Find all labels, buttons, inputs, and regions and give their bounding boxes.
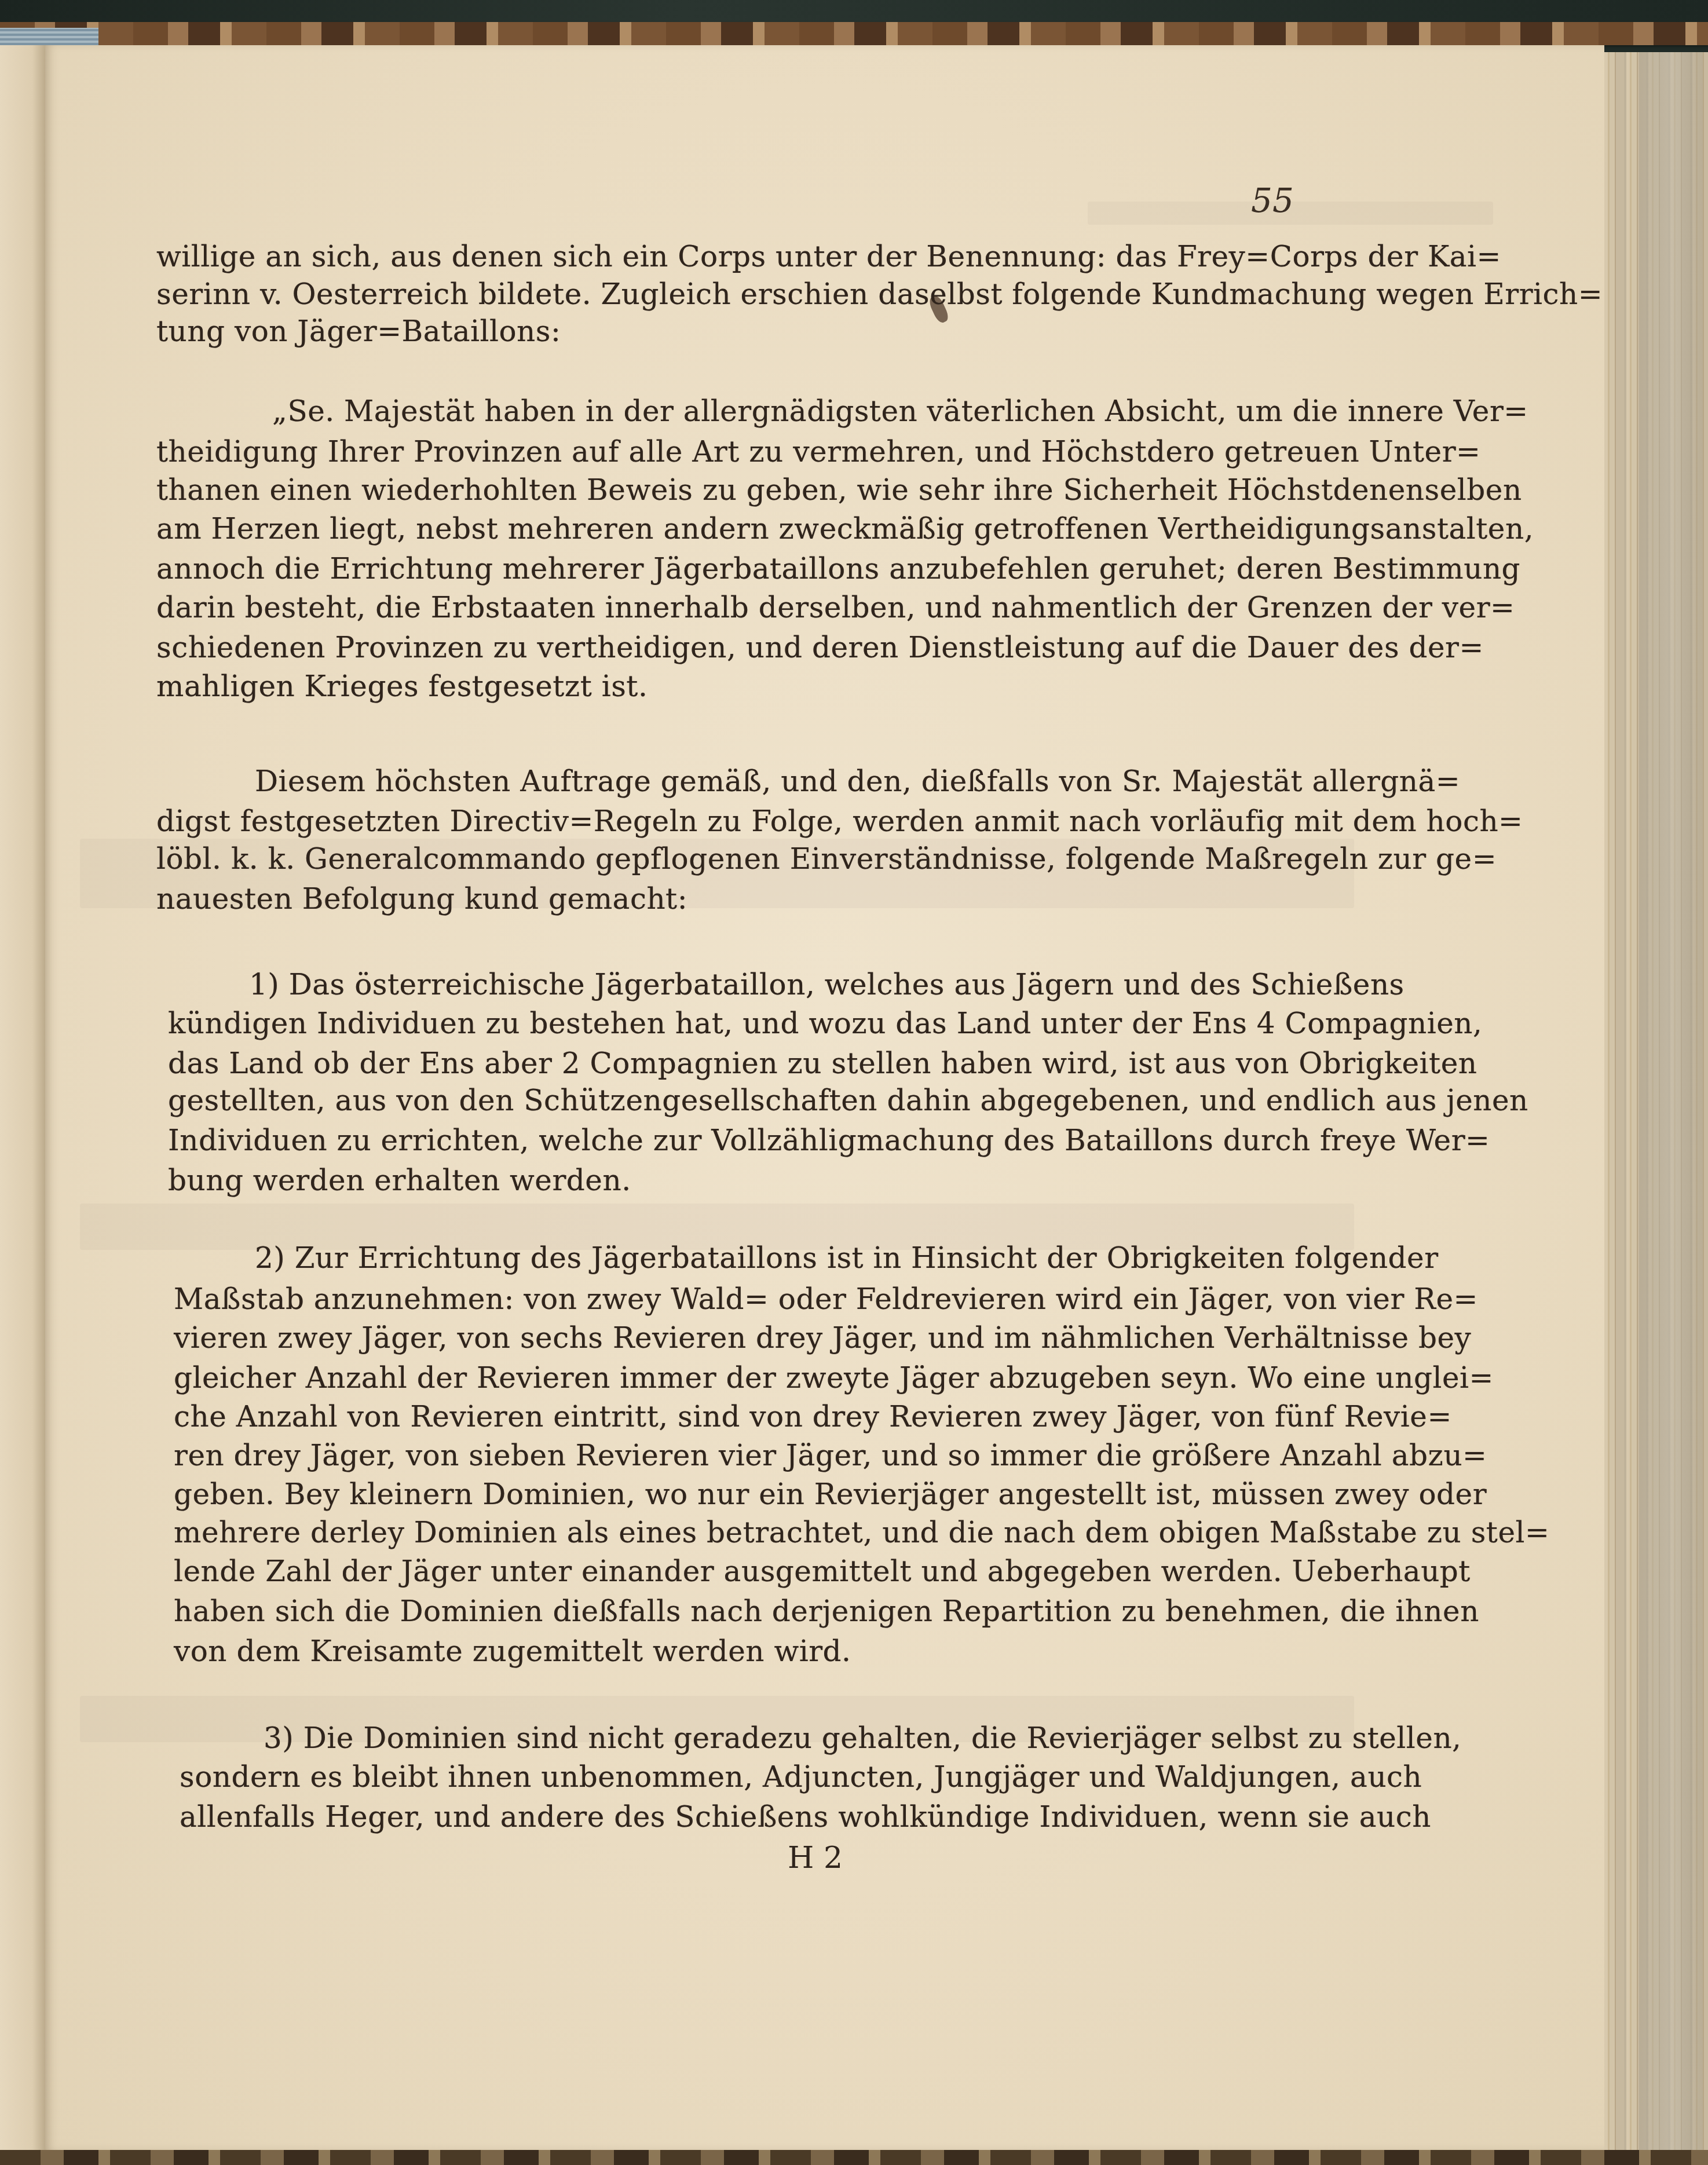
text-line: allenfalls Heger, und andere des Schieße…: [180, 1800, 1335, 1834]
text-line: 3) Die Dominien sind nicht geradezu geha…: [264, 1721, 1335, 1756]
text-line: mahligen Krieges festgesetzt ist.: [156, 669, 1335, 704]
signature-mark: H 2: [788, 1841, 843, 1875]
text-line: digst festgesetzten Directiv=Regeln zu F…: [156, 804, 1335, 839]
page-fore-edge: [1604, 52, 1708, 2150]
text-line: löbl. k. k. Generalcommando gepflogenen …: [156, 842, 1335, 876]
text-line: bung werden erhalten werden.: [168, 1163, 1335, 1198]
page-number: 55: [1251, 181, 1294, 220]
text-line: haben sich die Dominien dießfalls nach d…: [174, 1594, 1335, 1629]
text-line: von dem Kreisamte zugemittelt werden wir…: [174, 1634, 1335, 1669]
text-line: 2) Zur Errichtung des Jägerbataillons is…: [255, 1241, 1335, 1275]
text-line: vieren zwey Jäger, von sechs Revieren dr…: [174, 1321, 1335, 1355]
text-line: serinn v. Oesterreich bildete. Zugleich …: [156, 277, 1335, 312]
text-line: das Land ob der Ens aber 2 Compagnien zu…: [168, 1046, 1335, 1081]
text-line: gleicher Anzahl der Revieren immer der z…: [174, 1361, 1335, 1395]
text-line: geben. Bey kleinern Dominien, wo nur ein…: [174, 1477, 1335, 1512]
text-line: annoch die Errichtung mehrerer Jägerbata…: [156, 551, 1335, 586]
text-line: willige an sich, aus denen sich ein Corp…: [156, 239, 1335, 274]
text-line: darin besteht, die Erbstaaten innerhalb …: [156, 590, 1335, 625]
text-line: ren drey Jäger, von sieben Revieren vier…: [174, 1438, 1335, 1473]
text-line: am Herzen liegt, nebst mehreren andern z…: [156, 511, 1335, 546]
text-line: „Se. Majestät haben in der allergnädigst…: [272, 394, 1335, 429]
text-line: kündigen Individuen zu bestehen hat, und…: [168, 1006, 1335, 1041]
text-line: che Anzahl von Revieren eintritt, sind v…: [174, 1399, 1335, 1434]
text-line: theidigung Ihrer Provinzen auf alle Art …: [156, 434, 1335, 469]
marbled-edge-top: [0, 22, 1708, 45]
text-line: 1) Das österreichische Jägerbataillon, w…: [249, 967, 1335, 1002]
cloth-binding-fragment: [0, 28, 98, 45]
text-line: gestellten, aus von den Schützengesellsc…: [168, 1083, 1335, 1118]
text-line: thanen einen wiederhohlten Beweis zu geb…: [156, 473, 1335, 507]
text-line: lende Zahl der Jäger unter einander ausg…: [174, 1554, 1335, 1589]
text-line: schiedenen Provinzen zu vertheidigen, un…: [156, 630, 1335, 665]
text-line: sondern es bleibt ihnen unbenommen, Adju…: [180, 1760, 1335, 1794]
text-line: Individuen zu errichten, welche zur Voll…: [168, 1123, 1335, 1158]
text-line: Diesem höchsten Auftrage gemäß, und den,…: [255, 764, 1335, 799]
book-cover-top: [0, 0, 1708, 22]
text-line: Maßstab anzunehmen: von zwey Wald= oder …: [174, 1282, 1335, 1316]
text-line: tung von Jäger=Bataillons:: [156, 314, 1335, 349]
facing-page-edge: [0, 45, 46, 2150]
text-line: nauesten Befolgung kund gemacht:: [156, 882, 1335, 916]
marbled-edge-bottom: [0, 2150, 1708, 2165]
text-line: mehrere derley Dominien als eines betrac…: [174, 1515, 1335, 1550]
